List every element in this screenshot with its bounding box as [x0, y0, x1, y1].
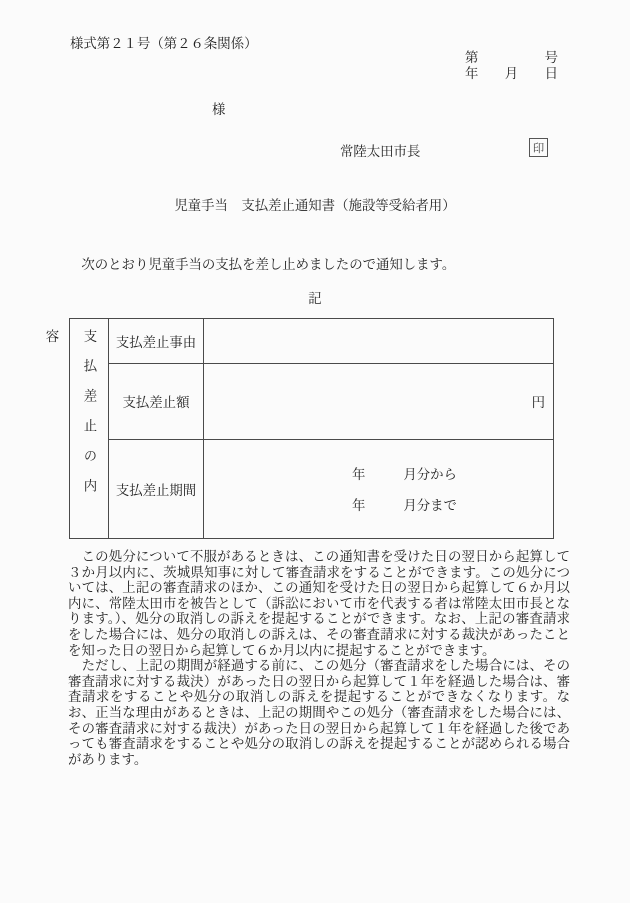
- form-number: 様式第２１号（第２６条関係）: [70, 33, 257, 52]
- appeal-paragraph-2: ただし、上記の期間が経過する前に、この処分（審査請求をした場合には、その審査請求…: [68, 658, 570, 767]
- amount-unit-label: 円: [532, 392, 545, 411]
- document-page: 様式第２１号（第２６条関係） 第 号 年 月 日 様 常陸太田市長 印 児童手当…: [0, 0, 630, 903]
- document-title: 児童手当 支払差止通知書（施設等受給者用）: [0, 195, 630, 214]
- addressee-honorific: 様: [212, 99, 225, 118]
- sender-name: 常陸太田市長: [340, 141, 420, 160]
- period-value-cell: 年月分から 年月分まで: [203, 439, 553, 538]
- period-to-line: 年月分まで: [352, 495, 553, 514]
- ki-marker: 記: [0, 288, 630, 307]
- date-line: 年 月 日: [465, 63, 558, 82]
- period-to-year-label: 年: [352, 498, 365, 513]
- amount-value-cell: 円: [203, 363, 553, 439]
- suspension-details-table: 支払差止の内容 支払差止事由 支払差止額 円 支払差止期間 年月分から 年月分ま…: [69, 318, 554, 539]
- table-vertical-header: 支払差止の内容: [70, 319, 108, 538]
- period-from-year-label: 年: [352, 467, 365, 482]
- date-month-label: 月: [505, 63, 518, 82]
- date-day-label: 日: [545, 63, 558, 82]
- date-year-label: 年: [465, 63, 478, 82]
- seal-stamp-icon: 印: [529, 138, 548, 157]
- appeal-paragraph-1: この処分について不服があるときは、この通知書を受けた日の翌日から起算して３か月以…: [68, 549, 570, 658]
- intro-sentence: 次のとおり児童手当の支払を差し止めましたので通知します。: [68, 254, 455, 273]
- period-from-suffix: 月分から: [403, 467, 457, 482]
- reason-label: 支払差止事由: [108, 319, 203, 363]
- reason-value-cell: [203, 319, 553, 363]
- period-label: 支払差止期間: [108, 439, 203, 538]
- period-to-suffix: 月分まで: [403, 498, 457, 513]
- amount-label: 支払差止額: [108, 363, 203, 439]
- period-from-line: 年月分から: [352, 464, 553, 483]
- appeal-information: この処分について不服があるときは、この通知書を受けた日の翌日から起算して３か月以…: [68, 549, 570, 767]
